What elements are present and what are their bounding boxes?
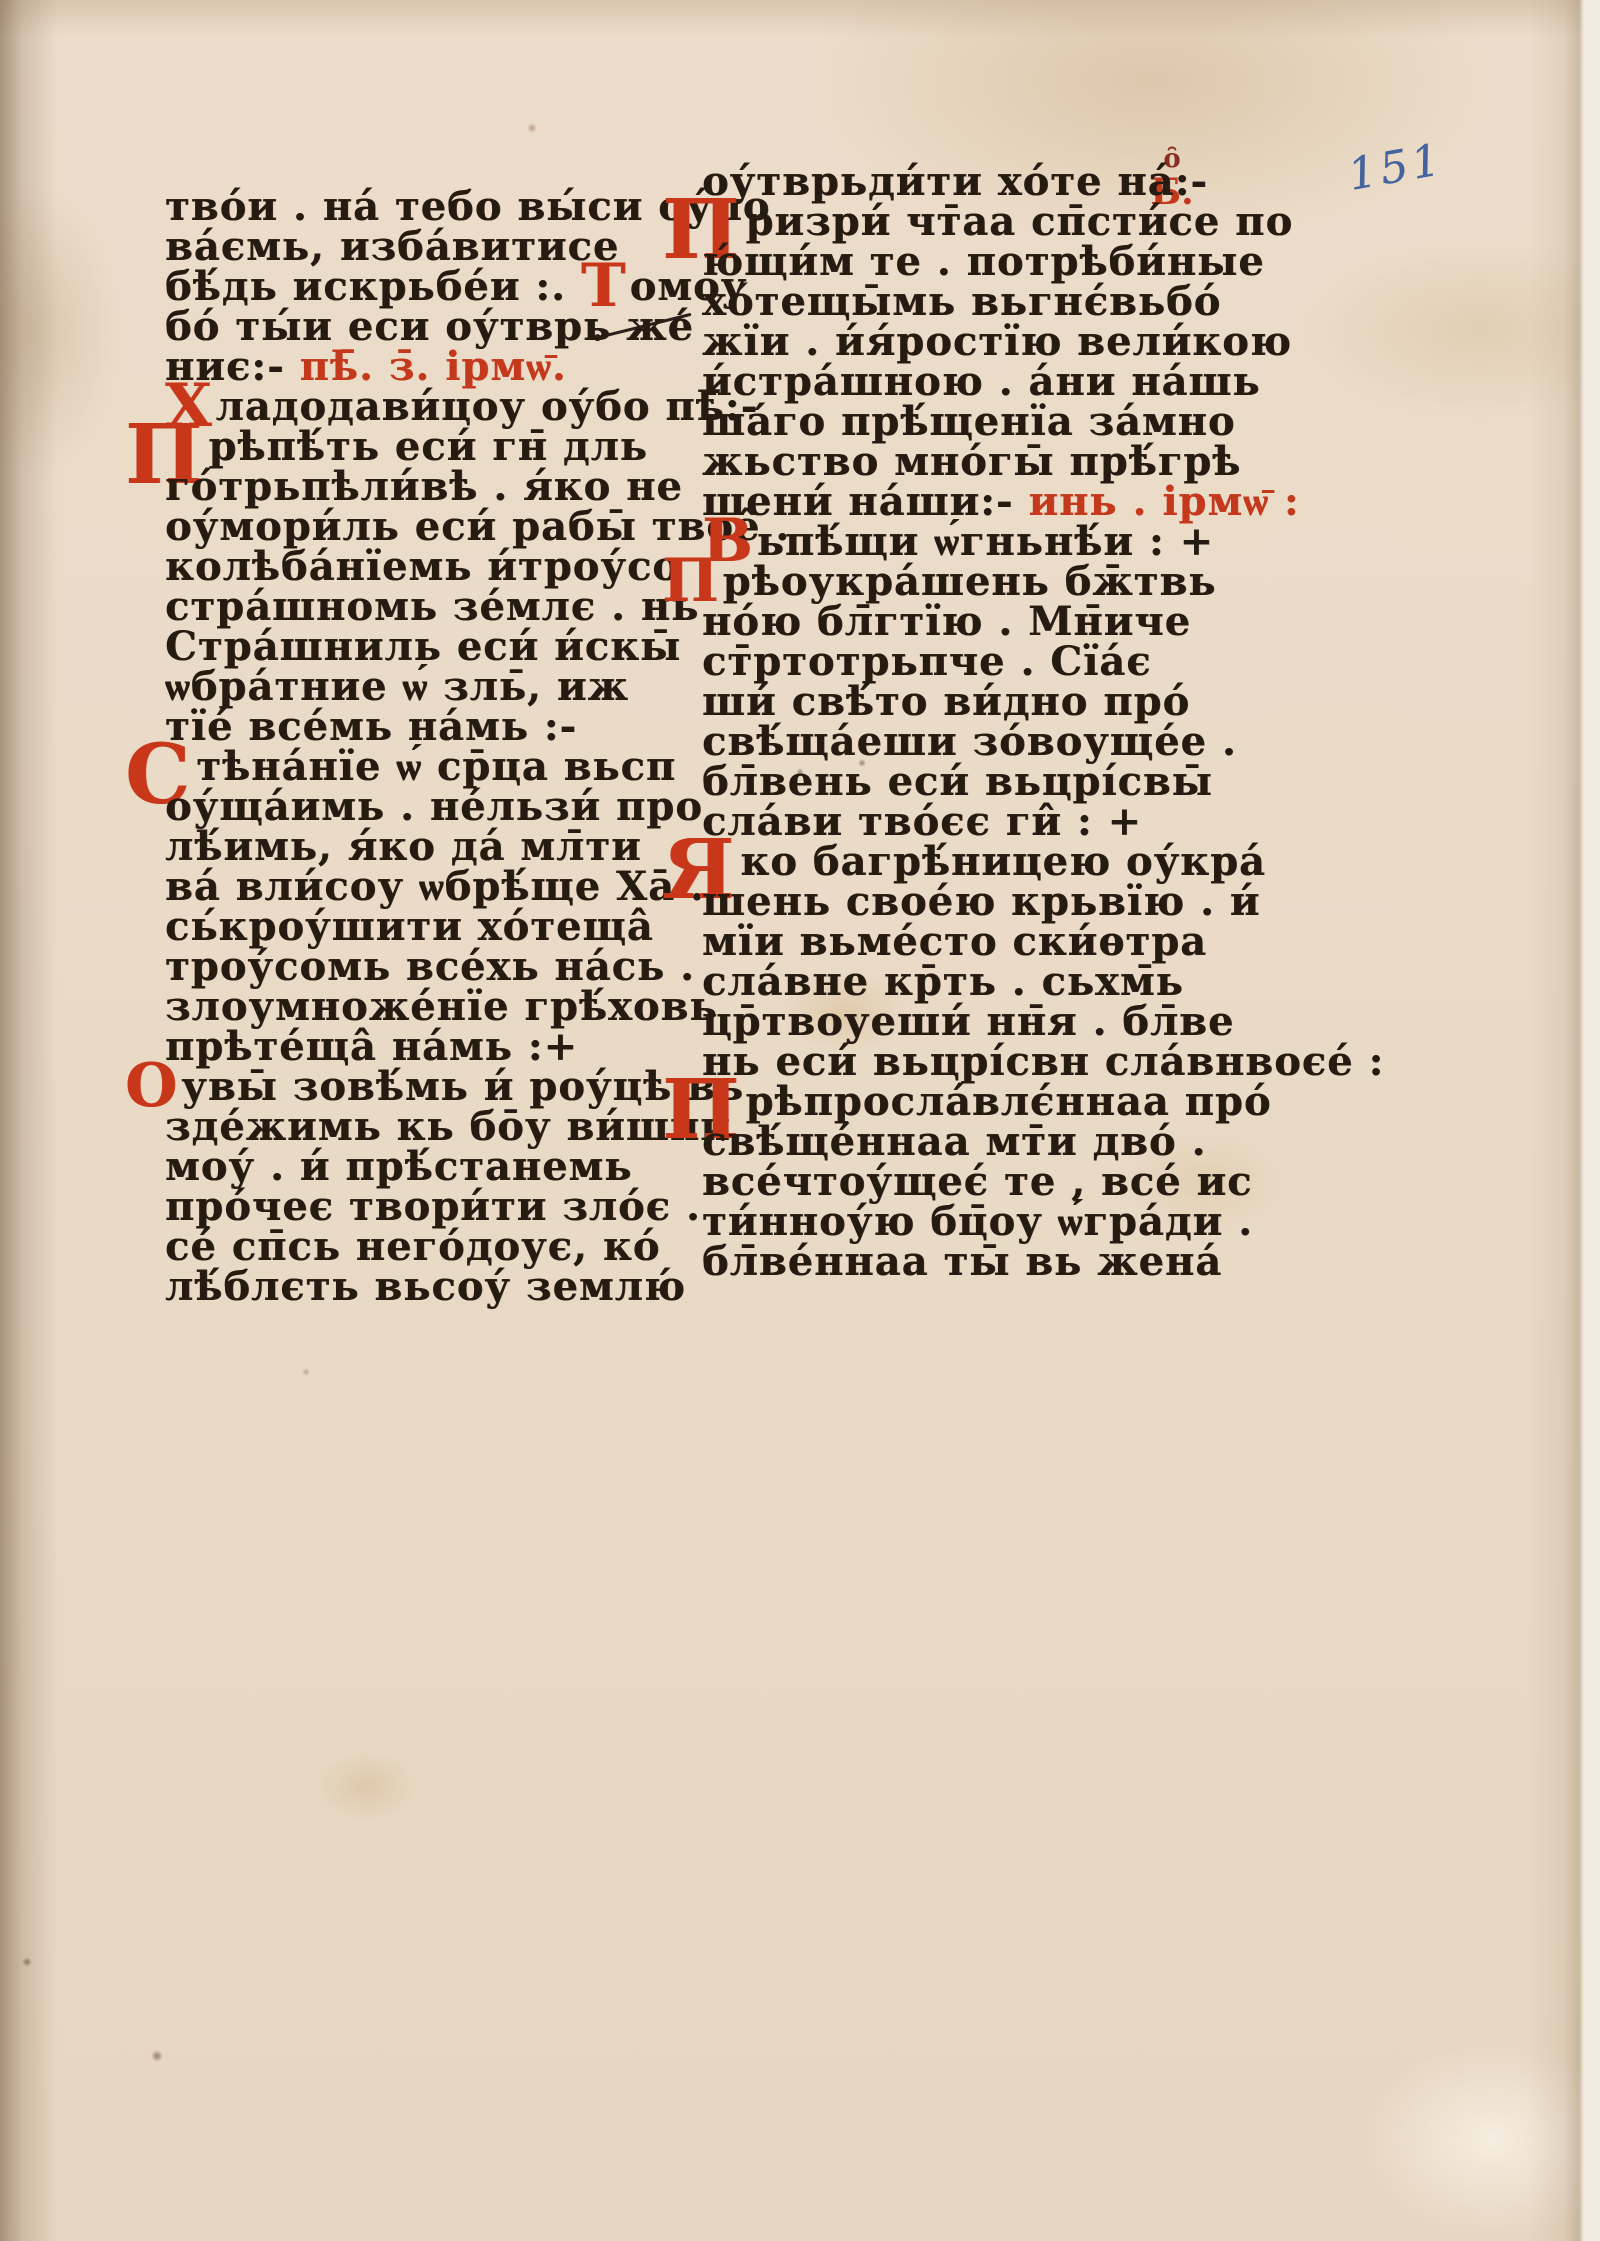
text-line: оу́мори́ль еси́ рабы̄ твое̂ . xyxy=(165,496,705,536)
text-line: мїи вьме́сто ски́ѳтра xyxy=(702,912,1382,952)
text-segment: лѣ́блєть вьсоу́ землю́ xyxy=(165,1263,686,1310)
text-line: ѡбра́тние ѡ́ зль̄, иж xyxy=(165,656,705,696)
text-line: зде́жимь кь бо̄у ви́шни xyxy=(165,1096,705,1136)
text-line: ти́нноу́ю бц̄оу ѡ́гра́ди . xyxy=(702,1192,1382,1232)
text-line: бл̄ве́ннаа ты̄ вь жена́ xyxy=(702,1232,1382,1272)
text-line: свѣ́ща́еши зо́воуще́е . xyxy=(702,712,1382,752)
text-line: Хладодави́цоу оу́бо пѣ̄:- xyxy=(165,376,705,416)
text-line: троу́сомь все́хь на́сь . xyxy=(165,936,705,976)
text-line: бл̄вень еси́ вьцрі́свы̄ xyxy=(702,752,1382,792)
text-line: ша́го прѣ́щенїа за́мно xyxy=(702,392,1382,432)
text-line: бѣ́дь искрьбе́и :. Томоу xyxy=(165,256,705,296)
text-line: шени́ на́ши:- инь . ірмѡ̄ : xyxy=(702,472,1382,512)
text-line: бо́ ты́и еси оу́тврь же́ xyxy=(165,296,705,336)
text-segment: бл̄ве́ннаа ты̄ вь жена́ xyxy=(702,1238,1222,1285)
text-line: ва́ вли́соу ѡбрѣ́ще Ха̄ . xyxy=(165,856,705,896)
text-line: лѣ́имь, я́ко да́ мл̄ти xyxy=(165,816,705,856)
text-line: жьство мно́гы̄ прѣ́грѣ xyxy=(702,432,1382,472)
text-line: се́ сп̄сь него́доує, ко́ xyxy=(165,1216,705,1256)
text-line: про́чеє твори́ти зло́є . xyxy=(165,1176,705,1216)
text-line: Стѣна́нїе ѡ́ ср̄ца вьсп xyxy=(165,736,705,776)
text-line: оу́ща́имь . не́льзи́ про xyxy=(165,776,705,816)
text-line: Прѣоукра́шень бж̄твь xyxy=(702,552,1382,592)
text-line: хо́тещы̄мь вьгнє́вьбо́ xyxy=(702,272,1382,312)
text-line: жїи . и́я́ростїю вели́кою xyxy=(702,312,1382,352)
text-line: стра́шномь зе́млє . нь xyxy=(165,576,705,616)
text-line: цр̄твоуеши́ нн̄я . бл̄ве xyxy=(702,992,1382,1032)
text-line: сла́вне кр̄ть . сьхм̄ь xyxy=(702,952,1382,992)
text-line: Призри́ чт̄аа сп̄сти́се по xyxy=(702,192,1382,232)
text-line: Прѣпѣ́ть еси́ гн̄ дль xyxy=(165,416,705,456)
text-line: лѣ́блєть вьсоу́ землю́ xyxy=(165,1256,705,1296)
text-line: сла́ви тво́єє ги̂ : + xyxy=(702,792,1382,832)
text-line: сь́кроу́шити хо́теща̂ xyxy=(165,896,705,936)
text-line: но́ю бл̄гтїю . Мн̄иче xyxy=(702,592,1382,632)
text-line: колѣба́нїемь и́троу́со xyxy=(165,536,705,576)
text-line: го́трьпѣли́вѣ . я́ко не xyxy=(165,456,705,496)
text-line: все́чтоу́щеє́ те , все́ ис xyxy=(702,1152,1382,1192)
text-line: оу́тврьди́ти хо́те на́:- xyxy=(702,152,1382,192)
text-line: Стра́шниль еси́ и́скы̄ xyxy=(165,616,705,656)
text-line: свѣ́ще́ннаа мт̄и дво́ . xyxy=(702,1112,1382,1152)
text-line: ст̄ртотрьпче . Сїа́є xyxy=(702,632,1382,672)
text-line: нь еси́ вьцрі́свн сла́внвоєе́ : xyxy=(702,1032,1382,1072)
text-line: Яко багрѣ́ницею оу́кра́ xyxy=(702,832,1382,872)
text-line: Оувы̄ зовѣ́мь и́ роу́цѣ вь xyxy=(165,1056,705,1096)
text-line: шень свое́ю крьвїю . и́ xyxy=(702,872,1382,912)
text-column-right: оу́тврьди́ти хо́те на́:-Призри́ чт̄аа сп… xyxy=(702,152,1382,1272)
text-line: тво́и . на́ тебо вы́си оу́по xyxy=(165,176,705,216)
text-line: моу́ . и́ прѣ́станемь xyxy=(165,1136,705,1176)
manuscript-page: 151 о̑ Б. тво́и . на́ тебо вы́си оу́пова… xyxy=(0,0,1600,2241)
text-line: ши́ свѣ́то ви́дно про́ xyxy=(702,672,1382,712)
text-column-left: тво́и . на́ тебо вы́си оу́пова́ємь, изба… xyxy=(165,176,705,1296)
text-line: злоумноже́нїе грѣ́ховь xyxy=(165,976,705,1016)
